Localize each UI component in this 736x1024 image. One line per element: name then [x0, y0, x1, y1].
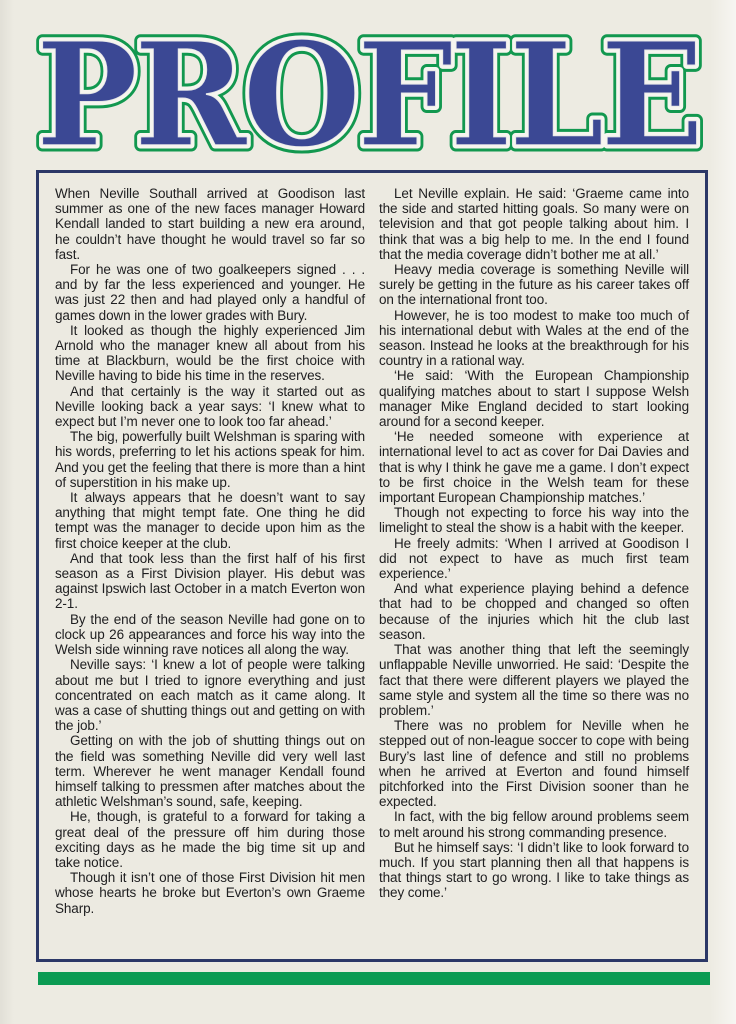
profile-title-art: PROFILE PROFILE PROFILE PROFILE — [0, 14, 736, 160]
paragraph: And what experience playing behind a def… — [379, 581, 689, 642]
paragraph: Though it isn’t one of those First Divis… — [55, 870, 365, 916]
article-right-column: Let Neville explain. He said: ‘Graeme ca… — [379, 186, 689, 959]
article-left-column: When Neville Southall arrived at Goodiso… — [55, 186, 365, 959]
paragraph: When Neville Southall arrived at Goodiso… — [55, 186, 365, 262]
paragraph: However, he is too modest to make too mu… — [379, 308, 689, 369]
paragraph: And that took less than the first half o… — [55, 551, 365, 612]
article-box: When Neville Southall arrived at Goodiso… — [36, 170, 708, 962]
bottom-green-bar — [38, 972, 710, 985]
profile-masthead: PROFILE PROFILE PROFILE PROFILE — [0, 14, 736, 160]
paragraph: It looked as though the highly experienc… — [55, 323, 365, 384]
paragraph: For he was one of two goalkeepers signed… — [55, 262, 365, 323]
magazine-page: PROFILE PROFILE PROFILE PROFILE When Nev… — [0, 0, 736, 1024]
profile-title-pinstripe: PROFILE — [36, 14, 700, 160]
paragraph: He, though, is grateful to a forward for… — [55, 809, 365, 870]
paragraph: It always appears that he doesn’t want t… — [55, 490, 365, 551]
paragraph: In fact, with the big fellow around prob… — [379, 809, 689, 839]
paragraph: By the end of the season Neville had gon… — [55, 612, 365, 658]
paragraph: The big, powerfully built Welshman is sp… — [55, 429, 365, 490]
paragraph: ‘He said: ‘With the European Championshi… — [379, 368, 689, 429]
paragraph: But he himself says: ‘I didn’t like to l… — [379, 840, 689, 901]
paragraph: ‘He needed someone with experience at in… — [379, 429, 689, 505]
paragraph: And that certainly is the way it started… — [55, 384, 365, 430]
paragraph: Let Neville explain. He said: ‘Graeme ca… — [379, 186, 689, 262]
paragraph: Neville says: ‘I knew a lot of people we… — [55, 657, 365, 733]
paragraph: Heavy media coverage is something Nevill… — [379, 262, 689, 308]
paragraph: There was no problem for Neville when he… — [379, 718, 689, 809]
paragraph: Though not expecting to force his way in… — [379, 505, 689, 535]
paragraph: Getting on with the job of shutting thin… — [55, 733, 365, 809]
paragraph: That was another thing that left the see… — [379, 642, 689, 718]
paragraph: He freely admits: ‘When I arrived at Goo… — [379, 536, 689, 582]
